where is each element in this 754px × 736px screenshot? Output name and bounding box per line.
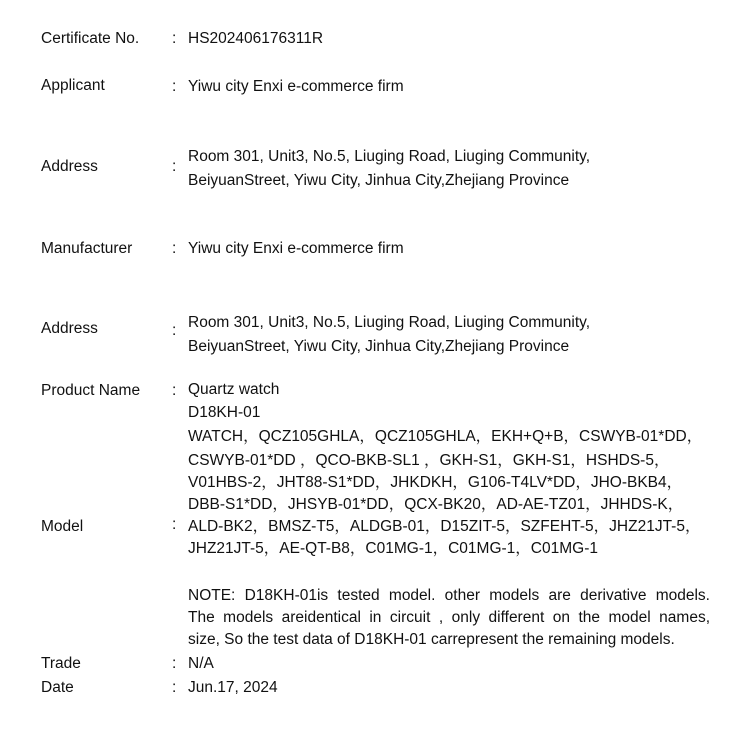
manufacturer-label: Manufacturer [41, 240, 132, 258]
model-line: CSWYB-01*DD ，QCO-BKB-SL1 ，GKH-S1，GKH-S1，… [188, 449, 669, 473]
applicant-address-line-2: BeiyuanStreet, Yiwu City, Jinhua City,Zh… [188, 169, 569, 193]
trade-label: Trade [41, 655, 81, 673]
separator: : [172, 322, 176, 340]
manufacturer-address-label: Address [41, 320, 98, 338]
applicant-value: Yiwu city Enxi e-commerce firm [188, 78, 404, 96]
separator: : [172, 679, 176, 697]
trade-value: N/A [188, 655, 214, 673]
manufacturer-address-line-2: BeiyuanStreet, Yiwu City, Jinhua City,Zh… [188, 335, 569, 359]
certificate-no-value: HS202406176311R [188, 30, 323, 48]
separator: : [172, 655, 176, 673]
model-line: ALD-BK2，BMSZ-T5，ALDGB-01，D15ZIT-5，SZFEHT… [188, 515, 700, 539]
manufacturer-address-line-1: Room 301, Unit3, No.5, Liuging Road, Liu… [188, 311, 590, 335]
model-line: JHZ21JT-5，AE-QT-B8，C01MG-1，C01MG-1，C01MG… [188, 537, 598, 561]
applicant-address-line-1: Room 301, Unit3, No.5, Liuging Road, Liu… [188, 145, 590, 169]
model-line: DBB-S1*DD，JHSYB-01*DD，QCX-BK20，AD-AE-TZ0… [188, 493, 683, 517]
product-name-label: Product Name [41, 382, 140, 400]
separator: : [172, 158, 176, 176]
model-note-line: NOTE: D18KH-01is tested model. other mod… [188, 584, 710, 608]
model-note-line: size, So the test data of D18KH-01 carre… [188, 628, 675, 652]
separator: : [172, 30, 176, 48]
model-label: Model [41, 518, 83, 536]
separator: : [172, 382, 176, 400]
date-label: Date [41, 679, 74, 697]
separator: : [172, 78, 176, 96]
date-value: Jun.17, 2024 [188, 679, 278, 697]
certificate-no-label: Certificate No. [41, 30, 139, 48]
applicant-label: Applicant [41, 77, 105, 95]
model-note-line: The models areidentical in circuit , onl… [188, 606, 710, 630]
separator: : [172, 240, 176, 258]
model-line: D18KH-01 [188, 401, 260, 425]
product-name-value: Quartz watch [188, 381, 279, 399]
manufacturer-value: Yiwu city Enxi e-commerce firm [188, 240, 404, 258]
model-line: WATCH，QCZ105GHLA，QCZ105GHLA，EKH+Q+B，CSWY… [188, 425, 702, 449]
separator: : [172, 516, 176, 534]
model-line: V01HBS-2，JHT88-S1*DD，JHKDKH，G106-T4LV*DD… [188, 471, 682, 495]
applicant-address-label: Address [41, 158, 98, 176]
